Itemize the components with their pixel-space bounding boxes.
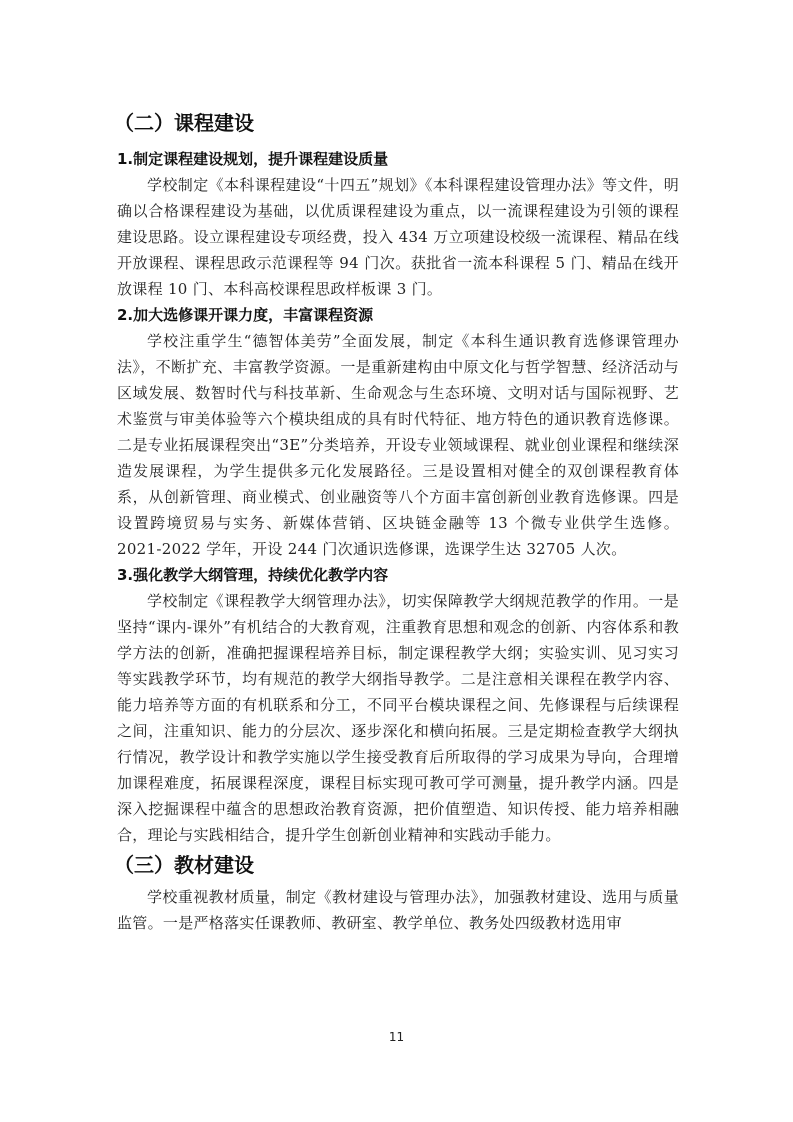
subsection-title-3: 3.强化教学大纲管理，持续优化教学内容: [117, 562, 679, 588]
document-page: （二）课程建设 1.制定课程建设规划，提升课程建设质量 学校制定《本科课程建设“…: [117, 108, 679, 936]
section-heading-textbook-construction: （三）教材建设: [114, 850, 679, 880]
section-heading-course-construction: （二）课程建设: [114, 108, 679, 138]
paragraph-3: 学校制定《课程教学大纲管理办法》，切实保障教学大纲规范教学的作用。一是坚持“课内…: [117, 588, 679, 848]
paragraph-4: 学校重视教材质量，制定《教材建设与管理办法》，加强教材建设、选用与质量监管。一是…: [117, 884, 679, 936]
paragraph-2: 学校注重学生“德智体美劳”全面发展，制定《本科生通识教育选修课管理办法》，不断扩…: [117, 328, 679, 562]
subsection-title-1: 1.制定课程建设规划，提升课程建设质量: [117, 146, 679, 172]
page-number: 11: [0, 1030, 793, 1044]
subsection-title-2: 2.加大选修课开课力度，丰富课程资源: [117, 302, 679, 328]
paragraph-1: 学校制定《本科课程建设“十四五”规划》《本科课程建设管理办法》等文件，明确以合格…: [117, 172, 679, 302]
